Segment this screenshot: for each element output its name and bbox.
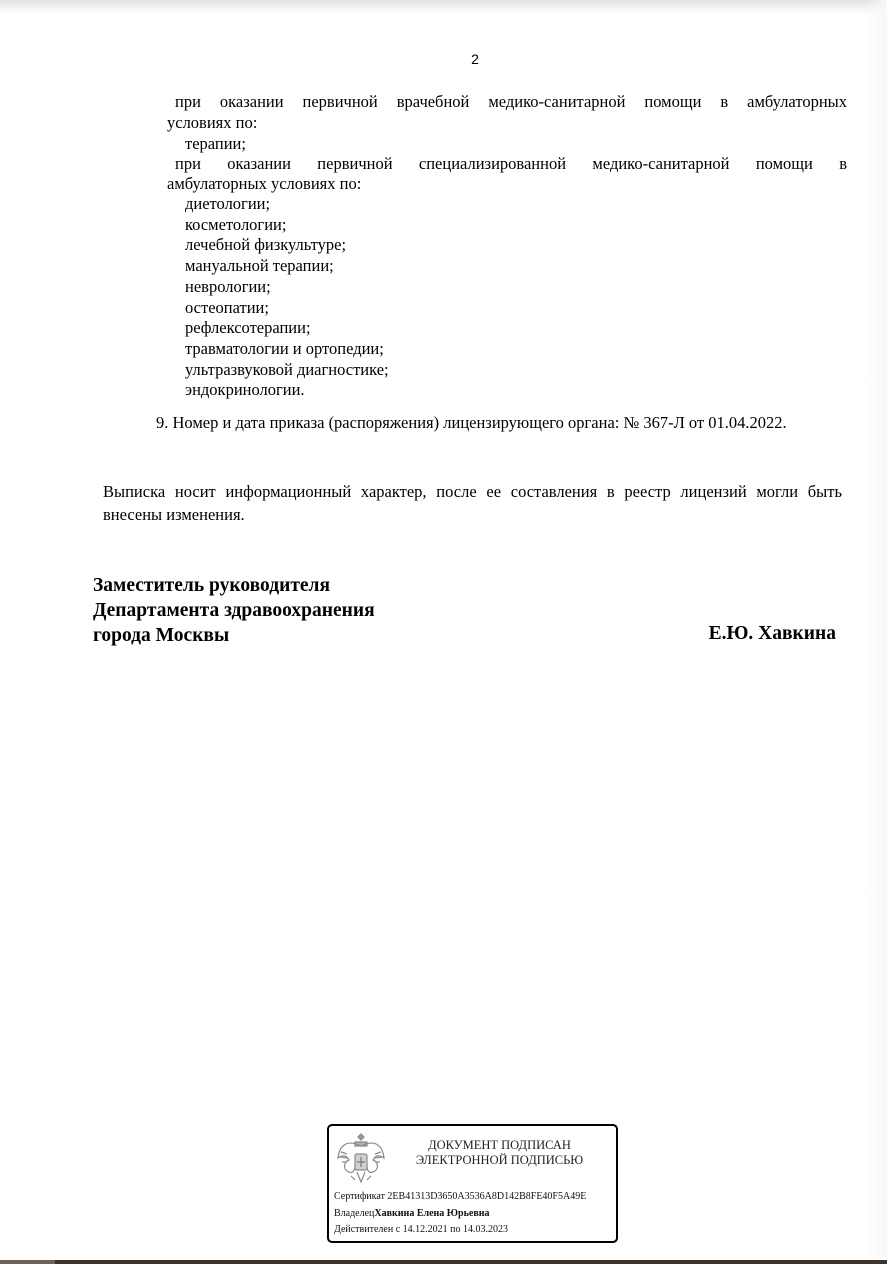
owner-label: Владелец (334, 1208, 374, 1219)
list-item: ультразвуковой диагностике; (185, 360, 389, 381)
scrollbar-thumb[interactable] (0, 1260, 55, 1264)
signatory-name: Е.Ю. Хавкина (709, 623, 836, 645)
primary-care-paragraph-line2: условиях по: (167, 113, 257, 133)
stamp-title: ДОКУМЕНТ ПОДПИСАН ЭЛЕКТРОННОЙ ПОДПИСЬЮ (387, 1138, 612, 1168)
certificate-label: Сертификат (334, 1191, 385, 1202)
primary-care-paragraph-line1: при оказании первичной врачебной медико-… (175, 92, 847, 112)
viewer-right-edge (865, 0, 887, 1258)
list-item: косметологии; (185, 215, 389, 236)
license-order-item: 9. Номер и дата приказа (распоряжения) л… (156, 413, 787, 433)
signatory-position-line3: города Москвы (93, 623, 375, 648)
list-item: эндокринологии. (185, 380, 389, 401)
list-item: мануальной терапии; (185, 256, 389, 277)
owner-row: ВладелецХавкина Елена Юрьевна (334, 1208, 490, 1219)
disclaimer-line1: Выписка носит информационный характер, п… (103, 482, 842, 502)
list-item: рефлексотерапии; (185, 318, 389, 339)
signatory-position-line2: Департамента здравоохранения (93, 598, 375, 623)
russian-coat-of-arms-icon (335, 1130, 387, 1188)
certificate-value: 2EB41313D3650A3536A8D142B8FE40F5A49E (387, 1191, 586, 1202)
owner-value: Хавкина Елена Юрьевна (374, 1208, 489, 1219)
disclaimer-line2: внесены изменения. (103, 505, 245, 525)
electronic-signature-stamp: ДОКУМЕНТ ПОДПИСАН ЭЛЕКТРОННОЙ ПОДПИСЬЮ С… (327, 1124, 618, 1243)
signatory-position: Заместитель руководителя Департамента зд… (93, 573, 375, 648)
list-item: травматологии и ортопедии; (185, 339, 389, 360)
list-item: неврологии; (185, 277, 389, 298)
specialized-care-list: диетологии; косметологии; лечебной физку… (185, 194, 389, 401)
validity-row: Действителен с 14.12.2021 по 14.03.2023 (334, 1224, 508, 1235)
list-item: диетологии; (185, 194, 389, 215)
stamp-title-line2: ЭЛЕКТРОННОЙ ПОДПИСЬЮ (387, 1153, 612, 1168)
stamp-title-line1: ДОКУМЕНТ ПОДПИСАН (387, 1138, 612, 1153)
primary-care-item: терапии; (185, 134, 246, 154)
viewer-top-shadow (0, 0, 887, 14)
specialized-care-paragraph-line2: амбулаторных условиях по: (167, 174, 361, 194)
certificate-row: Сертификат 2EB41313D3650A3536A8D142B8FE4… (334, 1191, 586, 1202)
signatory-position-line1: Заместитель руководителя (93, 573, 375, 598)
list-item: остеопатии; (185, 298, 389, 319)
list-item: лечебной физкультуре; (185, 235, 389, 256)
specialized-care-paragraph-line1: при оказании первичной специализированно… (175, 154, 847, 174)
horizontal-scrollbar[interactable] (0, 1260, 887, 1264)
page-number: 2 (0, 51, 887, 67)
